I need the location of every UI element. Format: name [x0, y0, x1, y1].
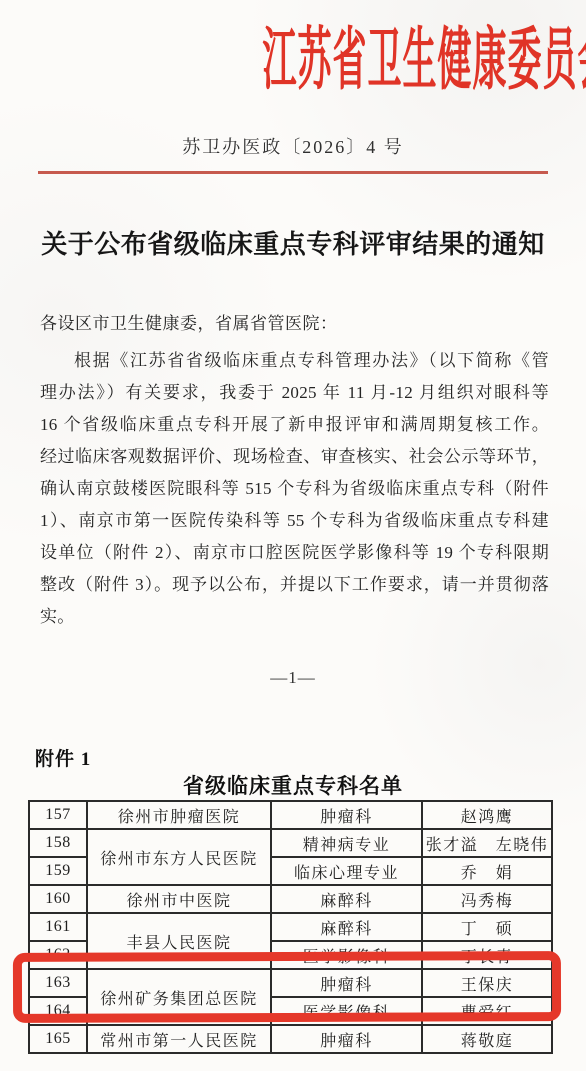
- specialty-list-table: 157 徐州市肿瘤医院 肿瘤科 赵鸿鹰 158 徐州市东方人民医院 精神病专业 …: [28, 800, 553, 1054]
- row-number: 158: [29, 829, 87, 857]
- row-number: 164: [29, 997, 87, 1025]
- body-line: 根据《江苏省省级临床重点专科管理办法》（以下简称《管: [40, 345, 549, 377]
- header-divider-rule: [38, 171, 548, 174]
- hospital-cell: 徐州市肿瘤医院: [87, 801, 271, 829]
- notice-body: 根据《江苏省省级临床重点专科管理办法》（以下简称《管 理办法》）有关要求，我委于…: [40, 345, 549, 633]
- row-number: 163: [29, 969, 87, 997]
- leader-cell: 丁 硕: [422, 913, 552, 941]
- attachment-label: 附件 1: [35, 744, 91, 771]
- table-row-highlighted: 163 徐州矿务集团总医院 肿瘤科 王保庆: [29, 969, 552, 997]
- leader-cell: 蒋敬庭: [422, 1025, 552, 1053]
- row-number: 161: [29, 913, 87, 941]
- table-row: 165 常州市第一人民医院 肿瘤科 蒋敬庭: [29, 1025, 552, 1053]
- hospital-cell: 徐州市东方人民医院: [87, 829, 271, 885]
- body-line: 整改（附件 3）。现予以公布，并提以下工作要求，请一并贯彻落: [40, 569, 549, 601]
- row-number: 157: [29, 801, 87, 829]
- leader-cell: 赵鸿鹰: [422, 801, 552, 829]
- table-row: 161 丰县人民医院 麻醉科 丁 硕: [29, 913, 552, 941]
- leader-cell: 乔 娟: [422, 857, 552, 885]
- hospital-cell: 徐州矿务集团总医院: [87, 969, 271, 1025]
- leader-cell: 王保庆: [422, 969, 552, 997]
- department-cell: 临床心理专业: [271, 857, 422, 885]
- page-number: —1—: [0, 668, 586, 688]
- leader-cell: 张才溢 左晓伟: [422, 829, 552, 857]
- department-cell: 精神病专业: [271, 829, 422, 857]
- department-cell: 肿瘤科: [271, 1025, 422, 1053]
- department-cell: 麻醉科: [271, 885, 422, 913]
- row-number: 165: [29, 1025, 87, 1053]
- leader-cell: 丁长青: [422, 941, 552, 969]
- issuing-org-title: 江苏省卫生健康委员会办公室文件: [263, 22, 586, 98]
- scanned-official-document: 江苏省卫生健康委员会办公室文件 苏卫办医政〔2026〕4 号 关于公布省级临床重…: [0, 0, 586, 1071]
- row-number: 162: [29, 941, 87, 969]
- hospital-cell: 常州市第一人民医院: [87, 1025, 271, 1053]
- department-cell: 肿瘤科: [271, 801, 422, 829]
- table-row: 157 徐州市肿瘤医院 肿瘤科 赵鸿鹰: [29, 801, 552, 829]
- department-cell: 麻醉科: [271, 913, 422, 941]
- body-line: 理办法》）有关要求，我委于 2025 年 11 月-12 月组织对眼科等: [40, 377, 549, 409]
- department-cell: 医学影像科: [271, 997, 422, 1025]
- hospital-cell: 徐州市中医院: [87, 885, 271, 913]
- leader-cell: 曹爱红: [422, 997, 552, 1025]
- table-title: 省级临床重点专科名单: [0, 770, 586, 800]
- notice-title: 关于公布省级临床重点专科评审结果的通知: [0, 228, 586, 262]
- body-line: 16 个省级临床重点专科开展了新申报评审和满周期复核工作。: [40, 409, 549, 441]
- body-line: 1）、南京市第一医院传染科等 55 个专科为省级临床重点专科建: [40, 505, 549, 537]
- body-line: 经过临床客观数据评价、现场检查、审查核实、社会公示等环节，: [40, 441, 549, 473]
- body-line: 实。: [40, 601, 549, 633]
- table-row: 158 徐州市东方人民医院 精神病专业 张才溢 左晓伟: [29, 829, 552, 857]
- body-line: 设单位（附件 2）、南京市口腔医院医学影像科等 19 个专科限期: [40, 537, 549, 569]
- table-row: 160 徐州市中医院 麻醉科 冯秀梅: [29, 885, 552, 913]
- body-line: 确认南京鼓楼医院眼科等 515 个专科为省级临床重点专科（附件: [40, 473, 549, 505]
- leader-cell: 冯秀梅: [422, 885, 552, 913]
- row-number: 160: [29, 885, 87, 913]
- document-header: 江苏省卫生健康委员会办公室文件: [0, 22, 586, 98]
- salutation-line: 各设区市卫生健康委，省属省管医院：: [40, 309, 338, 334]
- document-number: 苏卫办医政〔2026〕4 号: [0, 133, 586, 159]
- row-number: 159: [29, 857, 87, 885]
- department-cell: 医学影像科: [271, 941, 422, 969]
- hospital-cell: 丰县人民医院: [87, 913, 271, 969]
- department-cell: 肿瘤科: [271, 969, 422, 997]
